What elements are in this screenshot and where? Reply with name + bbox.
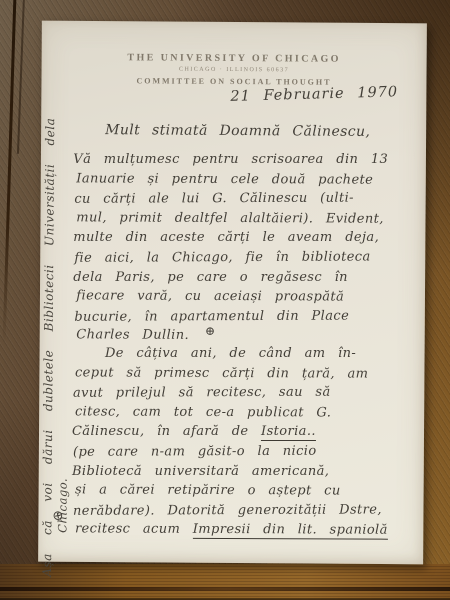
body-line: Ianuarie și pentru cele două pachete — [73, 169, 410, 190]
body-line: mul, primit dealtfel alaltăieri). Eviden… — [73, 208, 410, 229]
wood-groove — [0, 587, 450, 591]
letter-paragraph-1: Vă mulțumesc pentru scrisoarea din 13 Ia… — [73, 150, 410, 346]
letterhead: THE UNIVERSITY OF CHICAGO CHICAGO · ILLI… — [41, 52, 426, 88]
body-line-text: Călinescu, în afară de — [72, 424, 261, 439]
body-line: Călinescu, în afară de Istoria.. — [72, 422, 409, 442]
body-line: nerăbdare). Datorită generozității Dstre… — [72, 500, 409, 521]
body-line-text: recitesc acum — [75, 522, 193, 538]
body-line: fie aici, la Chicago, fie în biblioteca — [73, 247, 410, 268]
body-line: multe din aceste cărți le aveam deja, — [73, 228, 410, 248]
photo-scene: THE UNIVERSITY OF CHICAGO CHICAGO · ILLI… — [0, 0, 450, 600]
body-line: bucurie, în apartamentul din Place — [73, 306, 410, 327]
letter-salutation: Mult stimată Doamnă Călinescu, — [105, 122, 370, 140]
body-line: și a cărei retipărire o aștept cu — [72, 480, 409, 501]
body-line: cu cărți ale lui G. Călinescu (ulti- — [73, 189, 410, 210]
body-line: citesc, cam tot ce-a publicat G. — [72, 402, 409, 423]
footnote-mark-icon: ⊕ — [205, 324, 216, 338]
body-line: Bibliotecă universitară americană, — [72, 462, 409, 482]
body-line: De câțiva ani, de când am în- — [72, 344, 409, 364]
letterhead-university-name: THE UNIVERSITY OF CHICAGO — [42, 52, 427, 66]
letterhead-address: CHICAGO · ILLINOIS 60637 — [42, 66, 427, 75]
letter-date: 21 Februarie 1970 — [230, 84, 398, 105]
body-line: recitesc acum Impresii din lit. spaniolă — [72, 520, 409, 541]
body-line-text: Charles Dullin. — [76, 328, 189, 343]
body-line: Vă mulțumesc pentru scrisoarea din 13 — [73, 150, 410, 170]
body-line: dela Paris, pe care o regăsesc în — [73, 268, 410, 288]
body-line: (pe care n-am găsit-o la nicio — [72, 441, 409, 462]
wood-plank-seam — [3, 0, 17, 344]
body-line: fiecare vară, cu aceiași proaspătă — [73, 286, 410, 307]
book-title-istoria: Istoria.. — [261, 424, 316, 441]
letter-paragraph-2: De câțiva ani, de când am în- ceput să p… — [72, 344, 409, 540]
wood-bottom-grain — [0, 564, 450, 600]
wood-plank-seam — [17, 0, 25, 154]
body-line: avut prilejul să recitesc, sau să — [72, 383, 409, 404]
body-line: ceput să primesc cărți din țară, am — [72, 363, 409, 384]
book-title-impresii: Impresii din lit. spaniolă — [193, 522, 388, 540]
letter-paper: THE UNIVERSITY OF CHICAGO CHICAGO · ILLI… — [38, 21, 427, 565]
